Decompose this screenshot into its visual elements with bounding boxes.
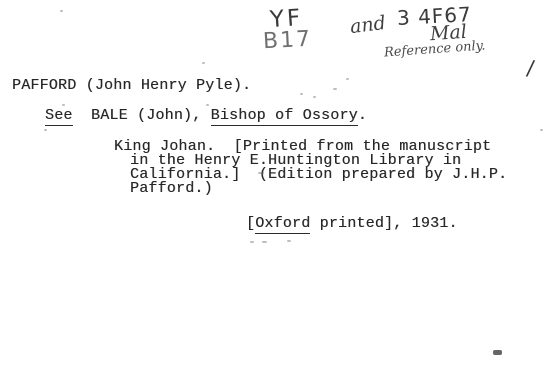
noise-dot bbox=[313, 96, 316, 98]
imprint-trailing-text: printed], 1931. bbox=[310, 215, 457, 232]
catalog-card: YF B17 and 3 4F67 Mal Reference only. / … bbox=[0, 0, 550, 374]
noise-dot bbox=[300, 93, 303, 95]
noise-dot bbox=[287, 240, 291, 242]
noise-dot bbox=[540, 129, 543, 131]
imprint-open-bracket: [ bbox=[246, 215, 255, 232]
noise-dot bbox=[258, 172, 264, 174]
noise-dot bbox=[44, 129, 47, 131]
handwritten-connector-word: and bbox=[349, 12, 387, 38]
note-line-4: Pafford.) bbox=[130, 181, 213, 196]
see-reference-line: See BALE (John), Bishop of Ossory. bbox=[45, 108, 367, 123]
handwritten-reference-note: Reference only. bbox=[384, 38, 486, 60]
noise-dot bbox=[202, 62, 205, 64]
entry-heading: PAFFORD (John Henry Pyle). bbox=[12, 78, 251, 93]
noise-dot bbox=[250, 241, 254, 243]
noise-dot bbox=[333, 88, 337, 90]
see-middle-text: BALE (John), bbox=[73, 107, 211, 124]
imprint-line: [Oxford printed], 1931. bbox=[246, 216, 458, 231]
see-label: See bbox=[45, 107, 73, 126]
handwritten-shelfmark-left-line2: B17 bbox=[262, 27, 312, 55]
ink-smudge bbox=[493, 350, 502, 355]
imprint-place: Oxford bbox=[255, 215, 310, 234]
noise-dot bbox=[60, 10, 63, 12]
see-target-name: Bishop of Ossory bbox=[211, 107, 358, 126]
see-trailing-period: . bbox=[358, 107, 367, 124]
noise-dot bbox=[262, 241, 267, 243]
noise-dot bbox=[346, 78, 349, 80]
stray-pen-mark: / bbox=[525, 56, 535, 81]
noise-dot bbox=[62, 104, 65, 106]
noise-dot bbox=[206, 104, 209, 106]
